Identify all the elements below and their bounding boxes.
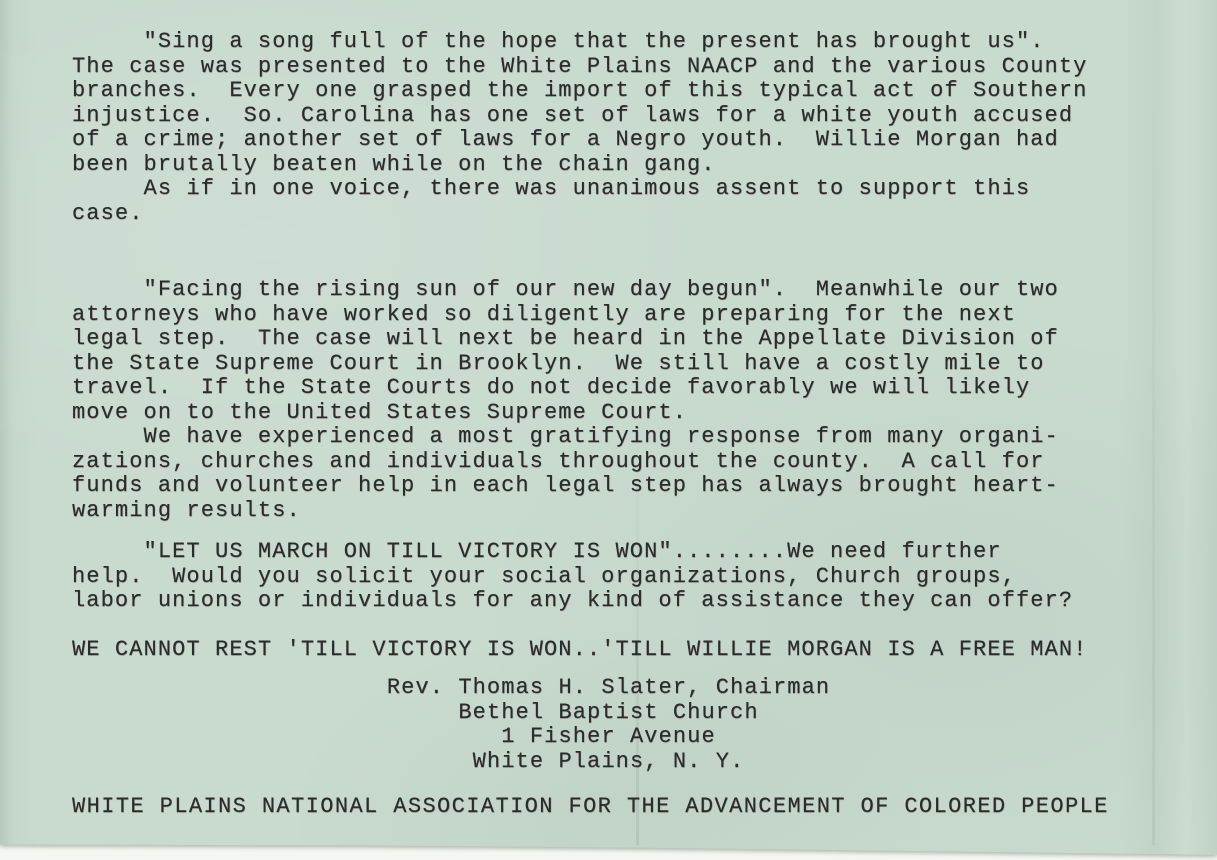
slogan-line-we-cannot-rest: WE CANNOT REST 'TILL VICTORY IS WON..'TI… xyxy=(72,638,1087,663)
paragraph-opening-song-and-case: "Sing a song full of the hope that the p… xyxy=(72,30,1087,226)
document-page: "Sing a song full of the hope that the p… xyxy=(0,0,1217,860)
signature-block: Rev. Thomas H. Slater, Chairman Bethel B… xyxy=(0,676,1217,774)
paper-shadow-wrapper: "Sing a song full of the hope that the p… xyxy=(0,0,1217,860)
scanner-background: "Sing a song full of the hope that the p… xyxy=(0,0,1217,860)
footer-organization-name: WHITE PLAINS NATIONAL ASSOCIATION FOR TH… xyxy=(72,795,1109,820)
paragraph-let-us-march-appeal: "LET US MARCH ON TILL VICTORY IS WON"...… xyxy=(72,540,1073,614)
paragraph-facing-the-rising-sun: "Facing the rising sun of our new day be… xyxy=(72,278,1059,523)
